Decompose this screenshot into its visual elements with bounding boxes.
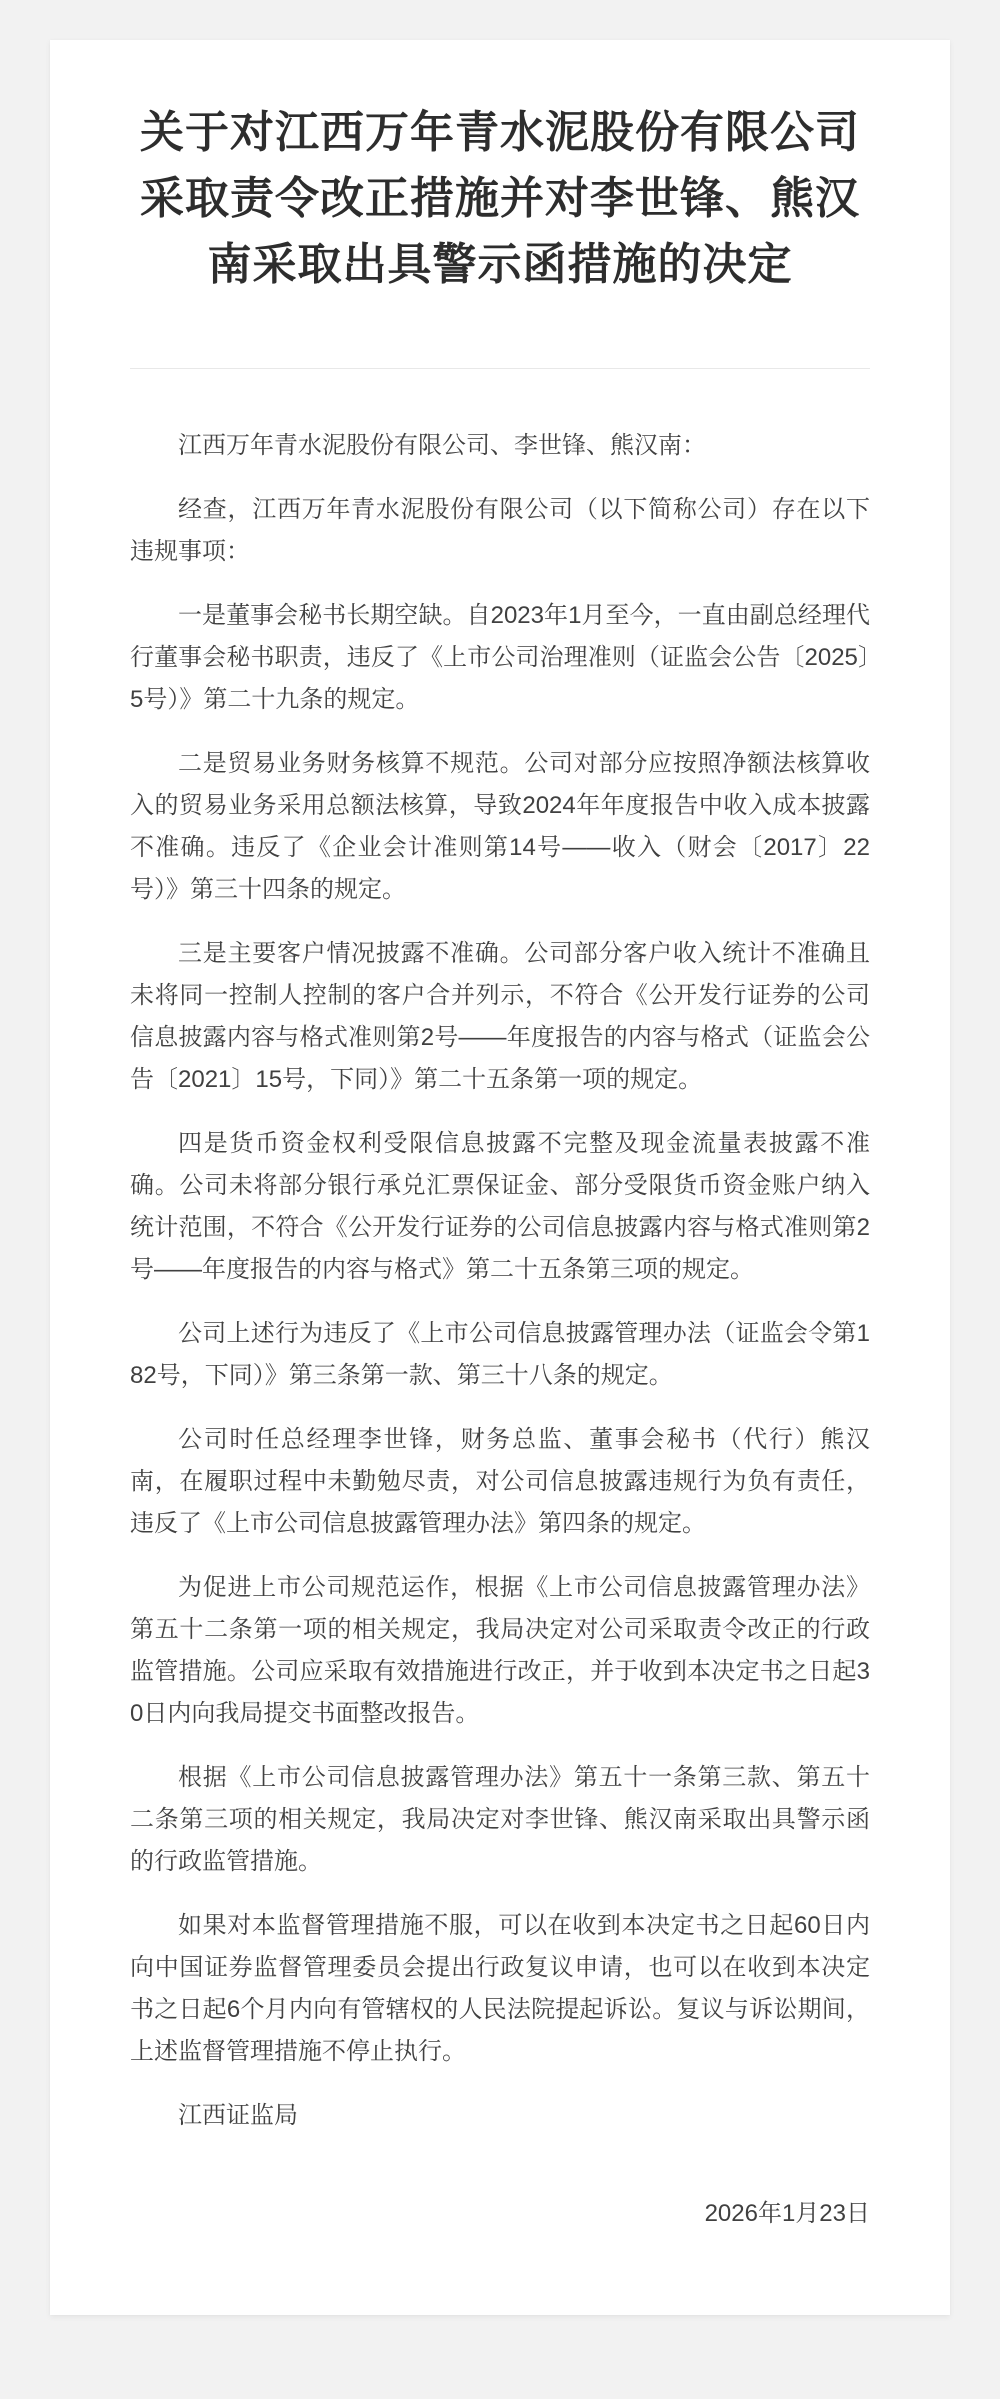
paragraph-issue-3: 三是主要客户情况披露不准确。公司部分客户收入统计不准确且未将同一控制人控制的客户… [130, 933, 870, 1101]
paragraph-violation-persons: 公司时任总经理李世锋，财务总监、董事会秘书（代行）熊汉南，在履职过程中未勤勉尽责… [130, 1419, 870, 1545]
title-line-1: 关于对江西万年青水泥股份有限公司 [140, 108, 860, 157]
page-background: { "document": { "title_lines": [ "关于对江西万… [0, 40, 1000, 2399]
paragraph-violation-company: 公司上述行为违反了《上市公司信息披露管理办法（证监会令第182号，下同）》第三条… [130, 1313, 870, 1397]
document-title: 关于对江西万年青水泥股份有限公司 采取责令改正措施并对李世锋、熊汉 南采取出具警… [130, 100, 870, 298]
title-line-2: 采取责令改正措施并对李世锋、熊汉 [140, 174, 860, 223]
paragraph-issue-2: 二是贸易业务财务核算不规范。公司对部分应按照净额法核算收入的贸易业务采用总额法核… [130, 743, 870, 911]
paragraph-measure-company: 为促进上市公司规范运作，根据《上市公司信息披露管理办法》第五十二条第一项的相关规… [130, 1567, 870, 1735]
issuer-name: 江西证监局 [130, 2095, 870, 2137]
paragraph-issue-1: 一是董事会秘书长期空缺。自2023年1月至今，一直由副总经理代行董事会秘书职责，… [130, 595, 870, 721]
issue-date: 2026年1月23日 [130, 2193, 870, 2235]
document-card: 关于对江西万年青水泥股份有限公司 采取责令改正措施并对李世锋、熊汉 南采取出具警… [50, 40, 950, 2315]
title-divider [130, 368, 870, 369]
paragraph-measure-persons: 根据《上市公司信息披露管理办法》第五十一条第三款、第五十二条第三项的相关规定，我… [130, 1757, 870, 1883]
paragraph-intro: 经查，江西万年青水泥股份有限公司（以下简称公司）存在以下违规事项： [130, 489, 870, 573]
document-body: 江西万年青水泥股份有限公司、李世锋、熊汉南： 经查，江西万年青水泥股份有限公司（… [130, 425, 870, 2235]
salutation: 江西万年青水泥股份有限公司、李世锋、熊汉南： [130, 425, 870, 467]
paragraph-appeal-rights: 如果对本监督管理措施不服，可以在收到本决定书之日起60日内向中国证券监督管理委员… [130, 1905, 870, 2073]
paragraph-issue-4: 四是货币资金权利受限信息披露不完整及现金流量表披露不准确。公司未将部分银行承兑汇… [130, 1123, 870, 1291]
title-line-3: 南采取出具警示函措施的决定 [208, 240, 793, 289]
